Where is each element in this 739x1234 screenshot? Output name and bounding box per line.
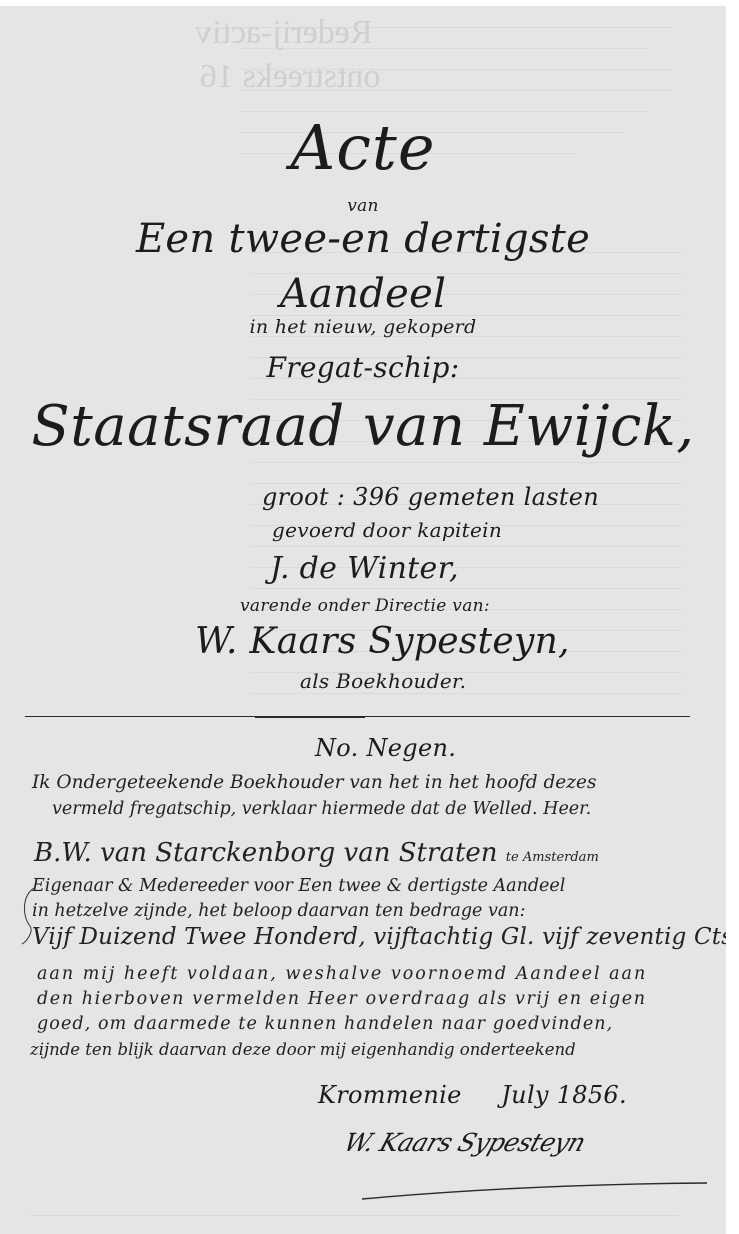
deed-line-2: vermeld fregatschip, verklaar hiermede d…: [52, 799, 591, 819]
ship-name: Staatsraad van Ewijck,: [0, 394, 726, 459]
share-fraction: Een twee-en dertigste: [0, 216, 726, 262]
buyer-name: B.W. van Starckenborg van Straten: [34, 838, 498, 868]
director-name: W. Kaars Sypesteyn,: [195, 621, 570, 662]
direction-label: varende onder Directie van:: [240, 596, 490, 616]
acquisition-note: in het nieuw, gekoperd: [0, 316, 726, 338]
deed-line-3: B.W. van Starckenborg van Straten te Ams…: [34, 838, 599, 868]
deed-line-10: zijnde ten blijk daarvan deze door mij e…: [30, 1040, 576, 1059]
date: July 1856.: [501, 1081, 627, 1109]
document-title: Acte: [0, 111, 726, 184]
signature-underline: [362, 1181, 707, 1201]
deed-line-1: Ik Ondergeteekende Boekhouder van het in…: [32, 772, 596, 793]
margin-flourish-icon: [20, 886, 38, 946]
deed-line-4: Eigenaar & Medereeder voor Een twee & de…: [32, 876, 565, 896]
deed-amount: Vijf Duizend Twee Honderd, vijftachtig G…: [32, 924, 726, 950]
signature: W. Kaars Sypesteyn: [340, 1128, 589, 1157]
captain-name: J. de Winter,: [270, 551, 459, 586]
ship-type: Fregat-schip:: [0, 351, 726, 384]
deed-line-9: goed, om daarmede te kunnen handelen naa…: [37, 1014, 613, 1034]
ship-tonnage: groot : 396 gemeten lasten: [262, 483, 599, 511]
captain-label: gevoerd door kapitein: [272, 518, 502, 542]
deed-number: No. Negen.: [315, 734, 456, 762]
deed-line-7: aan mij heeft voldaan, weshalve voornoem…: [37, 964, 647, 984]
bleed-through-text-bottom: ————————————————————————————————————————…: [30, 1206, 710, 1222]
buyer-residence: te Amsterdam: [506, 850, 599, 865]
place-date: Krommenie July 1856.: [318, 1081, 627, 1109]
share-word: Aandeel: [0, 271, 726, 317]
deed-line-5: in hetzelve zijnde, het beloop daarvan t…: [32, 901, 525, 921]
title-connector: van: [0, 196, 726, 216]
director-role: als Boekhouder.: [300, 669, 466, 693]
section-divider: [25, 716, 690, 717]
place: Krommenie: [318, 1081, 462, 1109]
deed-line-8: den hierboven vermelden Heer overdraag a…: [37, 989, 647, 1009]
document-page: Rederij-activ ontstreeks 16 ————————————…: [0, 6, 726, 1234]
